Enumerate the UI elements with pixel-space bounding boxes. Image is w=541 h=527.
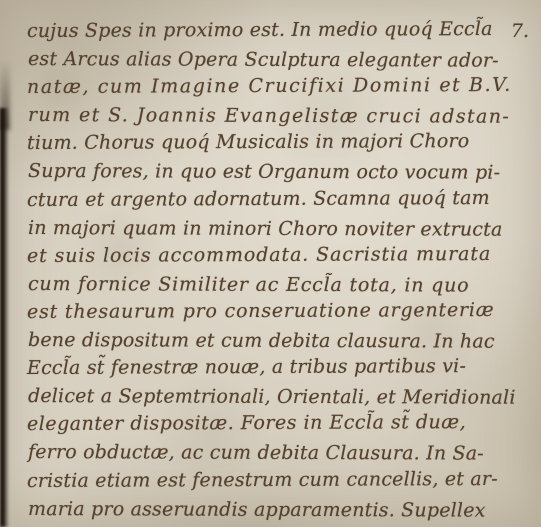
page-gutter-shadow-fade — [0, 60, 10, 130]
manuscript-line: eleganter dispositæ. Fores in Eccl̃a st̃… — [27, 408, 533, 438]
manuscript-line: ctura et argento adornatum. Scamna quoq́… — [27, 183, 533, 213]
manuscript-line: maria pro asseruandis apparamentis. Supe… — [28, 495, 534, 525]
manuscript-line: cristia etiam est fenestrum cum cancelli… — [27, 464, 533, 494]
manuscript-line: tium. Chorus quoq́ Musicalis in majori C… — [27, 127, 533, 157]
manuscript-line: Supra fores, in quo est Organum octo voc… — [28, 157, 534, 187]
manuscript-line: Eccl̃a st̃ fenestræ nouæ, a tribus parti… — [27, 352, 533, 382]
manuscript-line: in majori quam in minori Choro noviter e… — [28, 214, 534, 244]
manuscript-line: natæ, cum Imagine Crucifixi Domini et B.… — [27, 71, 533, 101]
manuscript-text-block: cujus Spes in proximo est. In medio quoq… — [27, 17, 533, 523]
manuscript-line: et suis locis accommodata. Sacristia mur… — [27, 240, 533, 270]
page-gutter-shadow — [0, 108, 9, 527]
manuscript-line: est thesaurum pro conseruatione argenter… — [27, 296, 533, 326]
manuscript-page: 7. cujus Spes in proximo est. In medio q… — [0, 0, 541, 527]
manuscript-line: cujus Spes in proximo est. In medio quoq… — [27, 15, 533, 45]
manuscript-line: ferro obductæ, ac cum debita Clausura. I… — [28, 438, 534, 468]
